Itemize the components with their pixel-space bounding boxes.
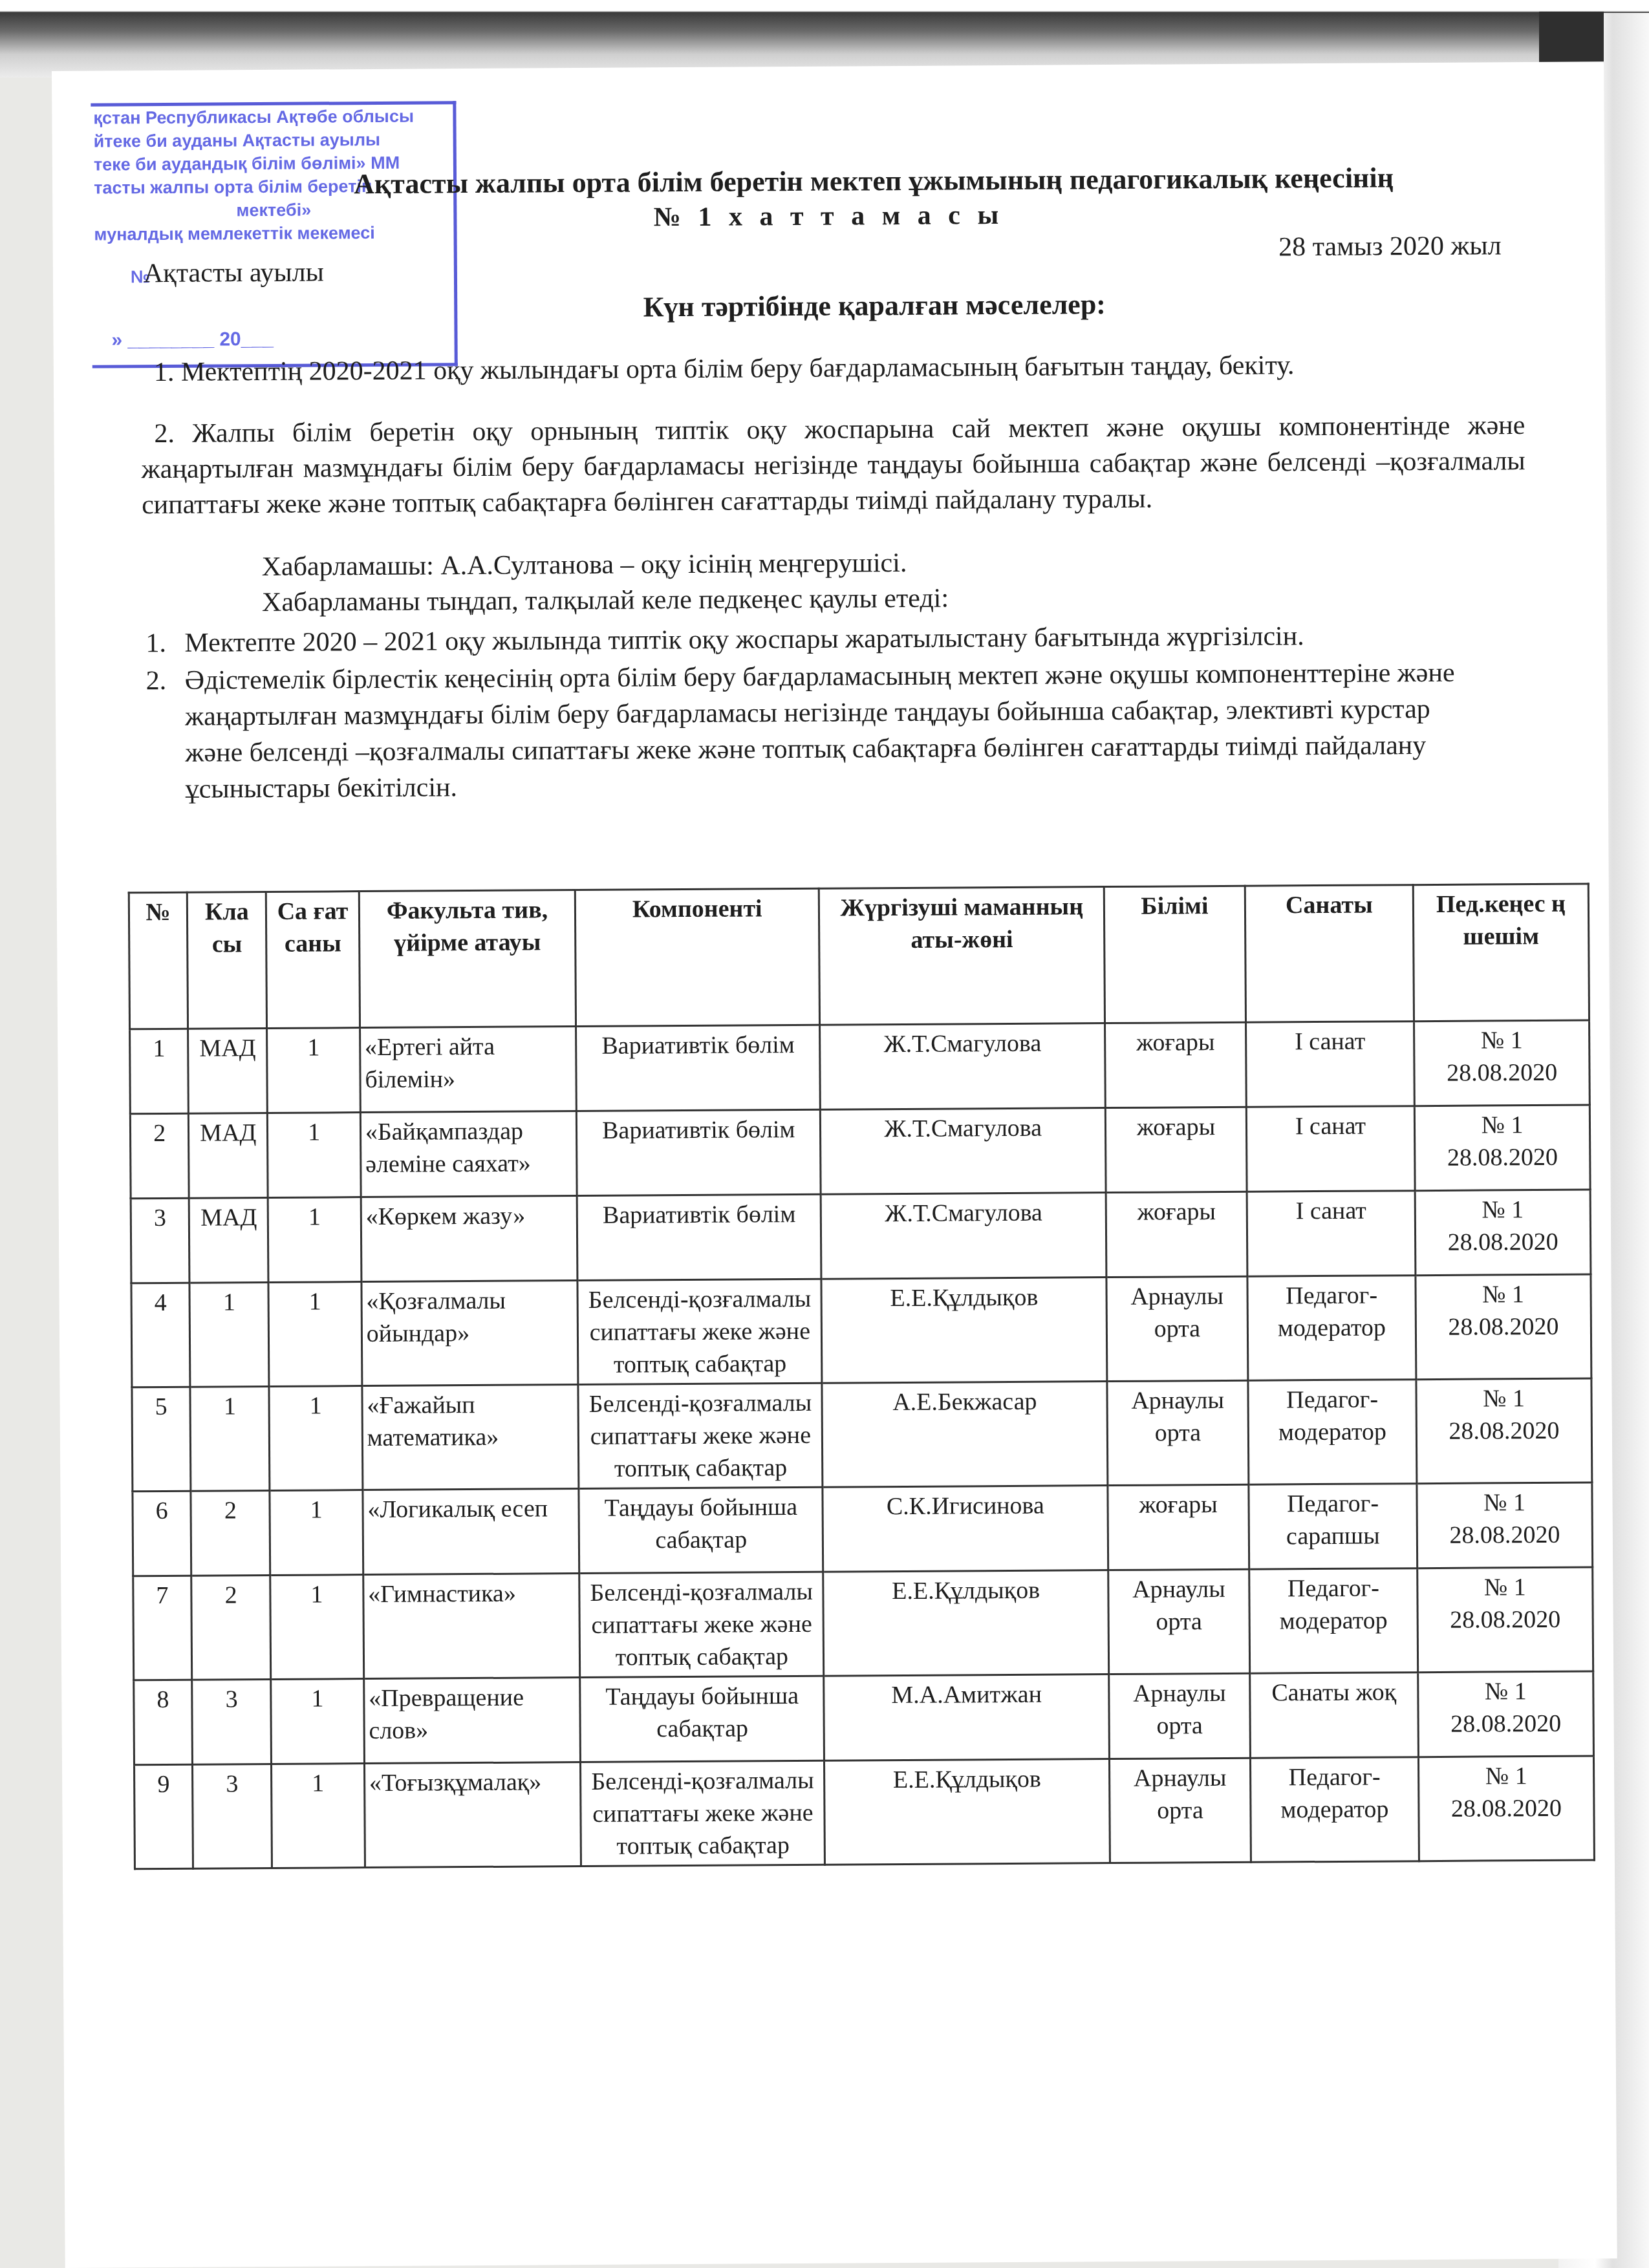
document-page: қстан Республикасы Ақтөбе облысы йтеке б… xyxy=(52,61,1617,2268)
cell-council-decision: № 1 28.08.2020 xyxy=(1417,1482,1593,1568)
cell-class: МАД xyxy=(188,1028,268,1113)
cell-number: 6 xyxy=(133,1491,191,1576)
reporter-line: Хабарламашы: А.А.Султанова – оқу ісінің … xyxy=(262,548,907,583)
table-row: 3 МАД 1 «Көркем жазу» Вариативтік бөлім … xyxy=(131,1190,1591,1283)
cell-hours: 1 xyxy=(268,1113,361,1198)
decision-protocol-number: № 1 xyxy=(1422,1571,1588,1605)
cell-category: Педагог-модератор xyxy=(1248,1380,1417,1485)
decision-date: 28.08.2020 xyxy=(1420,1226,1586,1259)
cell-education: Арнаулы орта xyxy=(1106,1276,1248,1381)
cell-teacher: Ж.Т.Смагулова xyxy=(821,1108,1106,1195)
header-council-decision: Пед.кеңес ң шешім xyxy=(1413,884,1589,1022)
decision-date: 28.08.2020 xyxy=(1423,1707,1589,1741)
decision-number: 1. xyxy=(145,625,166,661)
stamp-line: йтеке би ауданы Ақтасты ауылы xyxy=(91,127,453,153)
decision-item: 2. Әдістемелік бірлестік кеңесінің орта … xyxy=(146,655,1472,808)
cell-hours: 1 xyxy=(270,1575,363,1680)
table-header-row: № Кла сы Са ғат саны Факульта тив, үйірм… xyxy=(129,884,1589,1029)
document-date: 28 тамыз 2020 жыл xyxy=(1278,230,1502,262)
cell-council-decision: № 1 28.08.2020 xyxy=(1416,1274,1591,1380)
header-education: Білімі xyxy=(1104,886,1245,1023)
header-component: Компоненті xyxy=(576,888,820,1026)
elective-plan-table: № Кла сы Са ғат саны Факульта тив, үйірм… xyxy=(128,883,1595,1870)
cell-number: 2 xyxy=(130,1113,189,1199)
table-row: 6 2 1 «Логикалық есеп Таңдауы бойынша са… xyxy=(133,1482,1593,1576)
cell-education: жоғары xyxy=(1106,1192,1247,1277)
cell-course-name: «Тоғызқұмалақ» xyxy=(364,1762,581,1868)
cell-component: Таңдауы бойынша сабақтар xyxy=(579,1487,823,1573)
table-row: 9 3 1 «Тоғызқұмалақ» Белсенді-қозғалмалы… xyxy=(135,1756,1595,1869)
decision-number: 2. xyxy=(146,663,167,699)
cell-hours: 1 xyxy=(267,1028,360,1113)
decision-protocol-number: № 1 xyxy=(1419,1109,1585,1142)
header-hours: Са ғат саны xyxy=(266,892,360,1029)
cell-category: Педагог-модератор xyxy=(1250,1757,1419,1863)
table-row: 8 3 1 «Превращение слов» Таңдауы бойынша… xyxy=(134,1671,1594,1765)
table-row: 5 1 1 «Ғажайып математика» Белсенді-қозғ… xyxy=(132,1378,1592,1492)
cell-number: 3 xyxy=(131,1198,189,1283)
cell-teacher: Е.Е.Құлдықов xyxy=(824,1759,1110,1865)
cell-council-decision: № 1 28.08.2020 xyxy=(1416,1378,1592,1484)
cell-hours: 1 xyxy=(268,1197,361,1283)
cell-class: 1 xyxy=(190,1386,270,1491)
cell-council-decision: № 1 28.08.2020 xyxy=(1417,1567,1593,1673)
cell-class: МАД xyxy=(189,1197,268,1283)
cell-category: Педагог-модератор xyxy=(1247,1276,1416,1381)
stamp-date-placeholder: » ________ 20___ xyxy=(111,328,273,352)
header-teacher: Жүргізуші маманның аты-жөні xyxy=(819,887,1105,1025)
cell-hours: 1 xyxy=(269,1386,362,1491)
cell-teacher: Е.Е.Құлдықов xyxy=(821,1278,1107,1384)
cell-education: жоғары xyxy=(1105,1107,1247,1192)
cell-category: I санат xyxy=(1247,1191,1416,1277)
decision-protocol-number: № 1 xyxy=(1423,1675,1588,1709)
cell-hours: 1 xyxy=(271,1679,364,1764)
cell-category: Педагог-сарапшы xyxy=(1249,1484,1417,1570)
decision-date: 28.08.2020 xyxy=(1423,1603,1588,1637)
decision-date: 28.08.2020 xyxy=(1419,1141,1585,1175)
cell-number: 9 xyxy=(135,1764,193,1869)
cell-course-name: «Превращение слов» xyxy=(363,1678,580,1764)
cell-course-name: «Қозғалмалы ойындар» xyxy=(361,1281,579,1386)
decision-date: 28.08.2020 xyxy=(1421,1311,1586,1344)
cell-component: Таңдауы бойынша сабақтар xyxy=(580,1676,824,1762)
cell-course-name: «Байқампаздар әлеміне саяхат» xyxy=(360,1111,577,1197)
cell-education: Арнаулы орта xyxy=(1107,1380,1249,1485)
table-row: 7 2 1 «Гимнастика» Белсенді-қозғалмалы с… xyxy=(133,1567,1593,1680)
cell-class: 2 xyxy=(191,1575,271,1680)
header-category: Санаты xyxy=(1245,885,1414,1023)
cell-council-decision: № 1 28.08.2020 xyxy=(1415,1190,1591,1276)
cell-component: Белсенді-қозғалмалы сипаттағы жеке және … xyxy=(578,1383,823,1488)
cell-course-name: «Гимнастика» xyxy=(363,1574,580,1679)
cell-council-decision: № 1 28.08.2020 xyxy=(1414,1105,1590,1191)
resolution-intro: Хабарламаны тыңдап, талқылай келе педкең… xyxy=(262,583,949,618)
cell-category: Педагог-модератор xyxy=(1249,1568,1418,1674)
decision-text: Әдістемелік бірлестік кеңесінің орта біл… xyxy=(185,658,1455,804)
table-row: 1 МАД 1 «Ертегі айта білемін» Вариативті… xyxy=(130,1020,1590,1114)
decision-date: 28.08.2020 xyxy=(1422,1519,1588,1552)
village-name: Ақтасты ауылы xyxy=(144,257,324,289)
header-class: Кла сы xyxy=(188,892,267,1029)
cell-number: 7 xyxy=(133,1576,192,1680)
cell-class: 1 xyxy=(189,1282,269,1387)
cell-teacher: С.К.Игисинова xyxy=(823,1486,1108,1572)
decision-protocol-number: № 1 xyxy=(1421,1278,1586,1312)
cell-component: Белсенді-қозғалмалы сипаттағы жеке және … xyxy=(581,1760,825,1866)
cell-class: 2 xyxy=(191,1490,270,1576)
cell-education: Арнаулы орта xyxy=(1110,1758,1251,1863)
decision-protocol-number: № 1 xyxy=(1422,1486,1588,1520)
cell-education: жоғары xyxy=(1105,1022,1247,1107)
decision-list: 1. Мектепте 2020 – 2021 оқу жылында типт… xyxy=(145,617,1472,809)
cell-course-name: «Көркем жазу» xyxy=(361,1196,577,1282)
cell-category: I санат xyxy=(1245,1022,1414,1107)
cell-component: Вариативтік бөлім xyxy=(577,1109,821,1195)
cell-number: 4 xyxy=(131,1283,190,1387)
cell-category: Санаты жоқ xyxy=(1250,1673,1419,1759)
decision-protocol-number: № 1 xyxy=(1420,1193,1586,1227)
cell-teacher: Е.Е.Құлдықов xyxy=(823,1570,1109,1676)
cell-number: 1 xyxy=(130,1029,189,1114)
cell-class: МАД xyxy=(189,1113,268,1198)
cell-teacher: М.А.Амитжан xyxy=(824,1674,1110,1761)
cell-council-decision: № 1 28.08.2020 xyxy=(1418,1671,1594,1757)
cell-number: 8 xyxy=(134,1680,193,1765)
cell-teacher: Ж.Т.Смагулова xyxy=(821,1193,1107,1279)
decision-protocol-number: № 1 xyxy=(1423,1760,1589,1793)
decision-date: 28.08.2020 xyxy=(1423,1792,1589,1826)
cell-component: Вариативтік бөлім xyxy=(576,1025,821,1111)
cell-category: I санат xyxy=(1246,1106,1415,1192)
cell-component: Вариативтік бөлім xyxy=(577,1194,821,1280)
cell-council-decision: № 1 28.08.2020 xyxy=(1419,1756,1595,1861)
decision-date: 28.08.2020 xyxy=(1421,1415,1587,1448)
cell-teacher: Ж.Т.Смагулова xyxy=(820,1023,1106,1110)
cell-course-name: «Ертегі айта білемін» xyxy=(360,1027,576,1113)
cell-education: жоғары xyxy=(1108,1484,1249,1570)
decision-protocol-number: № 1 xyxy=(1421,1382,1587,1416)
cell-teacher: А.Е.Бекжасар xyxy=(822,1382,1108,1488)
agenda-item: 1. Мектептің 2020-2021 оқу жылындағы орт… xyxy=(141,347,1525,390)
cell-education: Арнаулы орта xyxy=(1109,1673,1251,1759)
table-row: 4 1 1 «Қозғалмалы ойындар» Белсенді-қозғ… xyxy=(131,1274,1591,1387)
cell-course-name: «Ғажайып математика» xyxy=(362,1385,579,1490)
decision-date: 28.08.2020 xyxy=(1419,1056,1584,1090)
cell-component: Белсенді-қозғалмалы сипаттағы жеке және … xyxy=(579,1572,824,1677)
cell-number: 5 xyxy=(132,1387,191,1492)
stamp-line: қстан Республикасы Ақтөбе облысы xyxy=(91,104,453,129)
cell-council-decision: № 1 28.08.2020 xyxy=(1414,1020,1590,1106)
cell-class: 3 xyxy=(192,1679,272,1764)
decision-text: Мектепте 2020 – 2021 оқу жылында типтік … xyxy=(184,621,1304,658)
cell-education: Арнаулы орта xyxy=(1108,1569,1250,1674)
header-course-name: Факульта тив, үйірме атауы xyxy=(359,890,576,1028)
decision-protocol-number: № 1 xyxy=(1419,1024,1584,1058)
header-number: № xyxy=(129,892,188,1029)
table-row: 2 МАД 1 «Байқампаздар әлеміне саяхат» Ва… xyxy=(130,1105,1590,1199)
decision-item: 1. Мектепте 2020 – 2021 оқу жылында типт… xyxy=(145,617,1471,662)
cell-course-name: «Логикалық есеп xyxy=(363,1489,579,1575)
cell-class: 3 xyxy=(193,1764,272,1868)
cell-hours: 1 xyxy=(272,1764,365,1868)
cell-hours: 1 xyxy=(270,1490,363,1576)
agenda-item: 2. Жалпы білім беретін оқу орнының типті… xyxy=(141,408,1525,523)
cell-hours: 1 xyxy=(268,1282,361,1387)
cell-component: Белсенді-қозғалмалы сипаттағы жеке және … xyxy=(577,1279,822,1384)
